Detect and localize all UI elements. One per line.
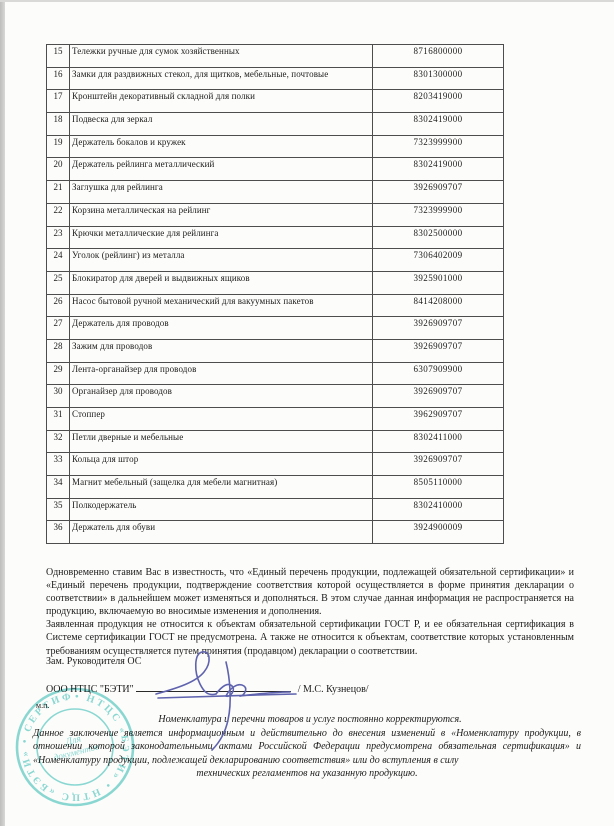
row-number: 30 xyxy=(47,385,70,408)
item-name: Держатель для обуви xyxy=(70,521,373,544)
table-row: 26Насос бытовой ручной механический для … xyxy=(47,294,504,317)
table-row: 16Замки для раздвижных стекол, для щитко… xyxy=(47,67,504,90)
item-code: 8301300000 xyxy=(373,67,504,90)
row-number: 26 xyxy=(47,294,70,317)
row-number: 15 xyxy=(47,45,70,68)
item-name: Органайзер для проводов xyxy=(70,385,373,408)
table-row: 36Держатель для обуви3924900009 xyxy=(47,521,504,544)
item-code: 3926909707 xyxy=(373,339,504,362)
table-row: 29Лента-органайзер для проводов630790990… xyxy=(47,362,504,385)
row-number: 32 xyxy=(47,430,70,453)
item-name: Крючки металлические для рейлинга xyxy=(70,226,373,249)
item-name: Тележки ручные для сумок хозяйственных xyxy=(70,45,373,68)
row-number: 20 xyxy=(47,158,70,181)
item-name: Петли дверные и мебельные xyxy=(70,430,373,453)
item-name: Замки для раздвижных стекол, для щитков,… xyxy=(70,67,373,90)
row-number: 23 xyxy=(47,226,70,249)
row-number: 34 xyxy=(47,476,70,499)
item-name: Кронштейн декоративный складной для полк… xyxy=(70,90,373,113)
item-name: Магнит мебельный (защелка для мебели маг… xyxy=(70,476,373,499)
table-row: 34Магнит мебельный (защелка для мебели м… xyxy=(47,476,504,499)
table-row: 25Блокиратор для дверей и выдвижных ящик… xyxy=(47,271,504,294)
note-body-end: технических регламентов на указанную про… xyxy=(33,768,581,779)
table-row: 21Заглушка для рейлинга3926909707 xyxy=(47,181,504,204)
signature-underline xyxy=(136,680,291,692)
item-code: 8716800000 xyxy=(373,45,504,68)
table-row: 35Полкодержатель8302410000 xyxy=(47,498,504,521)
row-number: 18 xyxy=(47,113,70,136)
row-number: 28 xyxy=(47,339,70,362)
item-name: Лента-органайзер для проводов xyxy=(70,362,373,385)
row-number: 19 xyxy=(47,135,70,158)
item-name: Уголок (рейлинг) из металла xyxy=(70,249,373,272)
body-paragraphs: Одновременно ставим Вас в известность, ч… xyxy=(46,566,574,658)
items-table-body: 15Тележки ручные для сумок хозяйственных… xyxy=(47,45,504,544)
table-row: 19Держатель бокалов и кружек7323999900 xyxy=(47,135,504,158)
table-row: 24Уголок (рейлинг) из металла7306402009 xyxy=(47,249,504,272)
row-number: 25 xyxy=(47,271,70,294)
item-code: 3926909707 xyxy=(373,181,504,204)
item-code: 8302500000 xyxy=(373,226,504,249)
item-code: 3925901000 xyxy=(373,271,504,294)
note-headline: Номенклатура и перечни товаров и услуг п… xyxy=(40,714,580,725)
paragraph-certification-lists: Одновременно ставим Вас в известность, ч… xyxy=(46,566,574,618)
item-code: 3924900009 xyxy=(373,521,504,544)
row-number: 36 xyxy=(47,521,70,544)
signer-role: Зам. Руководителя ОС xyxy=(46,656,141,667)
organization-name: ООО НТЦС "БЭТИ" xyxy=(46,684,134,695)
table-row: 20Держатель рейлинга металлический830241… xyxy=(47,158,504,181)
table-row: 27Держатель для проводов3926909707 xyxy=(47,317,504,340)
item-code: 8302419000 xyxy=(373,113,504,136)
table-row: 18Подвеска для зеркал8302419000 xyxy=(47,113,504,136)
table-row: 33Кольца для штор3926909707 xyxy=(47,453,504,476)
signature-line: ООО НТЦС "БЭТИ" / М.С. Кузнецов/ xyxy=(46,680,369,695)
item-name: Насос бытовой ручной механический для ва… xyxy=(70,294,373,317)
row-number: 24 xyxy=(47,249,70,272)
table-row: 23Крючки металлические для рейлинга83025… xyxy=(47,226,504,249)
row-number: 29 xyxy=(47,362,70,385)
item-name: Полкодержатель xyxy=(70,498,373,521)
row-number: 21 xyxy=(47,181,70,204)
row-number: 33 xyxy=(47,453,70,476)
item-code: 7323999900 xyxy=(373,135,504,158)
item-code: 8302410000 xyxy=(373,498,504,521)
scan-edge-left xyxy=(0,0,5,826)
scanned-document-page: 15Тележки ручные для сумок хозяйственных… xyxy=(0,0,614,826)
row-number: 31 xyxy=(47,408,70,431)
table-row: 28Зажим для проводов3926909707 xyxy=(47,339,504,362)
row-number: 22 xyxy=(47,203,70,226)
note-body: Данное заключение является информационны… xyxy=(33,727,581,767)
item-code: 7323999900 xyxy=(373,203,504,226)
item-name: Подвеска для зеркал xyxy=(70,113,373,136)
item-name: Стоппер xyxy=(70,408,373,431)
item-code: 3926909707 xyxy=(373,385,504,408)
item-name: Держатель бокалов и кружек xyxy=(70,135,373,158)
row-number: 17 xyxy=(47,90,70,113)
item-name: Кольца для штор xyxy=(70,453,373,476)
item-code: 8414208000 xyxy=(373,294,504,317)
item-code: 8302411000 xyxy=(373,430,504,453)
item-code: 3962909707 xyxy=(373,408,504,431)
row-number: 27 xyxy=(47,317,70,340)
scan-edge-top xyxy=(0,0,614,2)
table-row: 31Стоппер3962909707 xyxy=(47,408,504,431)
item-code: 7306402009 xyxy=(373,249,504,272)
paragraph-gost-statement: Заявленная продукция не относится к объе… xyxy=(46,618,574,657)
item-name: Корзина металлическая на рейлинг xyxy=(70,203,373,226)
item-name: Блокиратор для дверей и выдвижных ящиков xyxy=(70,271,373,294)
item-code: 8505110000 xyxy=(373,476,504,499)
table-row: 30Органайзер для проводов3926909707 xyxy=(47,385,504,408)
item-code: 8302419000 xyxy=(373,158,504,181)
item-name: Зажим для проводов xyxy=(70,339,373,362)
table-row: 15Тележки ручные для сумок хозяйственных… xyxy=(47,45,504,68)
item-name: Держатель рейлинга металлический xyxy=(70,158,373,181)
item-code: 3926909707 xyxy=(373,317,504,340)
item-name: Держатель для проводов xyxy=(70,317,373,340)
item-code: 6307909900 xyxy=(373,362,504,385)
item-code: 3926909707 xyxy=(373,453,504,476)
seal-place-mark: м.п. xyxy=(36,701,49,710)
item-name: Заглушка для рейлинга xyxy=(70,181,373,204)
table-row: 32Петли дверные и мебельные8302411000 xyxy=(47,430,504,453)
table-row: 17Кронштейн декоративный складной для по… xyxy=(47,90,504,113)
items-table: 15Тележки ручные для сумок хозяйственных… xyxy=(46,44,504,544)
row-number: 35 xyxy=(47,498,70,521)
row-number: 16 xyxy=(47,67,70,90)
table-row: 22Корзина металлическая на рейлинг732399… xyxy=(47,203,504,226)
item-code: 8203419000 xyxy=(373,90,504,113)
signer-name: / М.С. Кузнецов/ xyxy=(294,684,369,695)
